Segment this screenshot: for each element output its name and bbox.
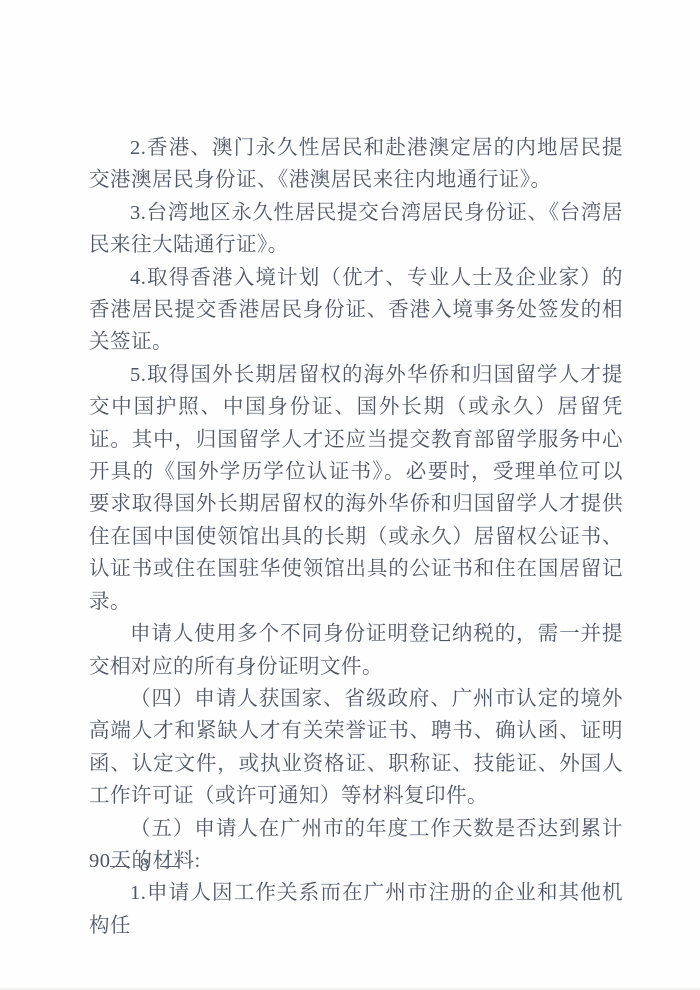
paragraph-item-2-hk-macau-residents: 2.香港、澳门永久性居民和赴港澳定居的内地居民提交港澳居民身份证、《港澳居民来往…: [89, 132, 623, 197]
paragraph-item-3-taiwan-residents: 3.台湾地区永久性居民提交台湾居民身份证、《台湾居民来往大陆通行证》。: [89, 197, 623, 262]
document-body: 2.香港、澳门永久性居民和赴港澳定居的内地居民提交港澳居民身份证、《港澳居民来往…: [89, 132, 623, 942]
paragraph-item-4-hk-entry-scheme: 4.取得香港入境计划（优才、专业人士及企业家）的香港居民提交香港居民身份证、香港…: [89, 262, 623, 359]
document-page: 2.香港、澳门永久性居民和赴港澳定居的内地居民提交港澳居民身份证、《港澳居民来往…: [0, 0, 700, 990]
paragraph-item-1-employment: 1.申请人因工作关系而在广州市注册的企业和其他机构任: [89, 877, 623, 942]
page-number: — 8 —: [110, 855, 182, 877]
paragraph-item-5-overseas-residency: 5.取得国外长期居留权的海外华侨和归国留学人才提交中国护照、中国身份证、国外长期…: [89, 359, 623, 618]
paragraph-section-4-talent-certificates: （四）申请人获国家、省级政府、广州市认定的境外高端人才和紧缺人才有关荣誉证书、聘…: [89, 683, 623, 813]
paragraph-multiple-id-tax: 申请人使用多个不同身份证明登记纳税的，需一并提交相对应的所有身份证明文件。: [89, 618, 623, 683]
